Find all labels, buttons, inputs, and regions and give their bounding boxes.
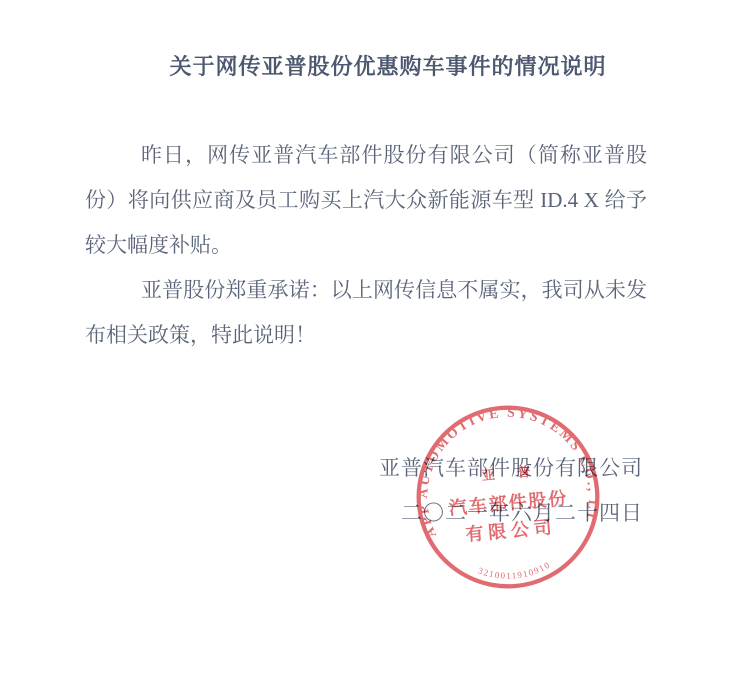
document-page: 关于网传亚普股份优惠购车事件的情况说明 昨日，网传亚普汽车部件股份有限公司（简称… [0, 0, 736, 691]
paragraph-denial-statement: 亚普股份郑重承诺：以上网传信息不属实，我司从未发布相关政策，特此说明！ [85, 268, 647, 358]
signature-date: 二〇二一年六月二十四日 [379, 491, 643, 536]
signature-company-name: 亚普汽车部件股份有限公司 [379, 446, 643, 491]
paragraph-rumor-description: 昨日，网传亚普汽车部件股份有限公司（简称亚普股份）将向供应商及员工购买上汽大众新… [85, 133, 647, 268]
document-title: 关于网传亚普股份优惠购车事件的情况说明 [40, 50, 736, 81]
signature-block: 亚普汽车部件股份有限公司 二〇二一年六月二十四日 [379, 446, 643, 536]
seal-serial-number: 3210011910910 [476, 559, 553, 584]
document-body: 昨日，网传亚普汽车部件股份有限公司（简称亚普股份）将向供应商及员工购买上汽大众新… [85, 133, 647, 358]
